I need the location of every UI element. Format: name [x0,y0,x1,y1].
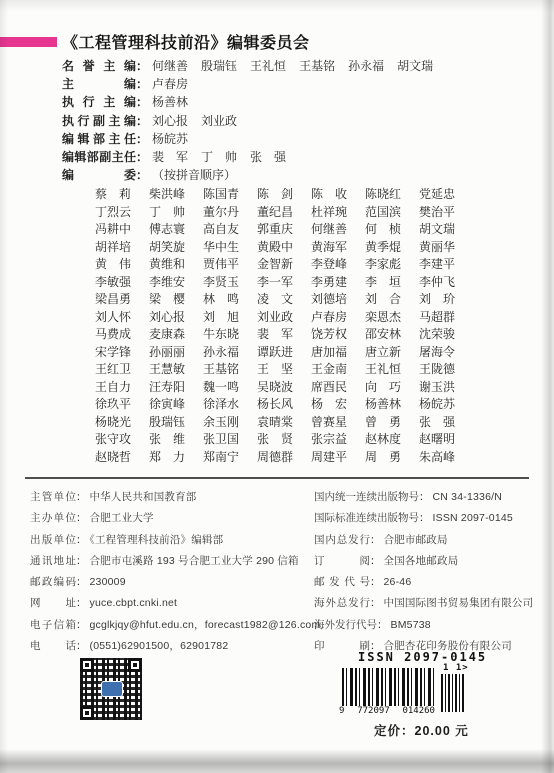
committee-member: 李贤玉 [203,274,257,292]
committee-member: 张 维 [149,431,203,449]
committee-member: 张守攻 [95,431,149,449]
committee-member: 李勇建 [311,274,365,292]
role-label: 编辑部副主任 [62,148,136,166]
role-colon: ： [136,77,148,91]
committee-member: 杨晓光 [95,414,149,432]
footer-label: 网址 [30,593,76,614]
committee-member: 马超群 [419,309,473,327]
person-name: 张 强 [250,148,286,166]
barcode-lead-digit: 9 [339,706,344,716]
role-colon: ： [136,150,148,164]
qr-finder-icon [128,658,142,672]
role-names: 刘心报刘业政 [152,112,237,130]
sort-order-note: （按拼音顺序） [152,166,236,184]
committee-member: 丁 帅 [149,204,203,222]
committee-member: 吴晓波 [257,379,311,397]
footer-value: 26-46 [384,576,412,588]
footer-label: 邮发代号 [314,572,370,593]
committee-member: 李维安 [149,274,203,292]
barcode-icon [342,668,434,706]
qr-finder-icon [80,658,94,672]
committee-member: 马费成 [95,326,149,344]
footer-colon: ： [377,619,388,631]
committee-member: 李 垣 [365,274,419,292]
role-names: 卢春房 [152,75,188,93]
role-row: 编辑部主任：杨皖苏 [62,130,433,148]
footer-row: 国际标准连续出版物号：ISSN 2097-0145 [314,508,533,529]
committee-member: 高自友 [203,221,257,239]
committee-member: 刘 玠 [419,291,473,309]
committee-member: 王慧敏 [149,361,203,379]
footer-row: 邮政编码：230009 [30,572,320,593]
committee-member: 屠海令 [419,344,473,362]
committee-member: 徐泽水 [203,396,257,414]
footer-row: 电话：(0551)62901500，62901782 [30,636,320,657]
committee-member: 冯耕中 [95,221,149,239]
page-title: 《工程管理科技前沿》编辑委员会 [62,30,310,53]
committee-member: 李一军 [257,274,311,292]
committee-member: 周 勇 [365,449,419,467]
committee-member: 王礼恒 [365,361,419,379]
committee-member: 贾伟平 [203,256,257,274]
role-label: 编委 [62,166,136,184]
committee-member: 孙永福 [203,344,257,362]
committee-member: 郑南宁 [203,449,257,467]
footer-colon: ： [76,640,87,652]
qr-center-logo [101,681,123,697]
person-name: 丁 帅 [201,148,237,166]
committee-member: 郑 力 [149,449,203,467]
footer-left: 主管单位：中华人民共和国教育部主办单位：合肥工业大学出版单位：《工程管理科技前沿… [30,487,320,657]
committee-member: 陈 收 [311,186,365,204]
footer-label: 出版单位 [30,530,76,551]
committee-member: 谭跃进 [257,344,311,362]
committee-member: 宋学锋 [95,344,149,362]
footer-value: 中华人民共和国教育部 [90,491,197,503]
committee-member: 黄季焜 [365,239,419,257]
committee-member: 刘 旭 [203,309,257,327]
role-colon: ： [136,95,148,109]
person-name: 胡文瑞 [397,57,433,75]
committee-member: 刘 合 [365,291,419,309]
committee-member: 牛东晓 [203,326,257,344]
committee-member: 李登峰 [311,256,365,274]
barcode-group2: 014260 [402,706,435,716]
role-row: 执行主编：杨善林 [62,93,433,111]
footer-colon: ： [370,555,381,567]
committee-member: 王金南 [311,361,365,379]
committee-member: 党延忠 [419,186,473,204]
committee-member: 徐寅峰 [149,396,203,414]
committee-member: 周建平 [311,449,365,467]
committee-member: 饶芳权 [311,326,365,344]
committee-member: 范国滨 [365,204,419,222]
footer-label: 主管单位 [30,487,76,508]
role-names: 裴 军丁 帅张 强 [152,148,286,166]
footer-value: (0551)62901500，62901782 [90,640,229,652]
footer-colon: ： [419,512,430,524]
committee-member: 谢玉洪 [419,379,473,397]
committee-member: 王 坚 [257,361,311,379]
committee-member: 朱高峰 [419,449,473,467]
title-accent-bar [0,37,57,47]
committee-member: 曾 勇 [365,414,419,432]
committee-member: 卢春房 [311,309,365,327]
committee-member: 徐玖平 [95,396,149,414]
committee-member: 汪寿阳 [149,379,203,397]
footer-colon: ： [76,597,87,609]
footer-label: 国内总发行 [314,530,370,551]
committee-member: 唐加福 [311,344,365,362]
footer-colon: ： [370,576,381,588]
role-label: 执行主编 [62,93,136,111]
scan-shadow-bottom [0,749,554,773]
person-name: 王礼恒 [250,57,286,75]
committee-member: 麦康森 [149,326,203,344]
footer-label: 电子信箱 [30,615,76,636]
committee-member: 向 巧 [365,379,419,397]
committee-member: 董尔丹 [203,204,257,222]
qr-finder-icon [80,706,94,720]
role-colon: ： [136,114,148,128]
committee-member: 唐立新 [365,344,419,362]
footer-value: 合肥工业大学 [90,512,154,524]
committee-member: 郭重庆 [257,221,311,239]
committee-member: 张 贤 [257,431,311,449]
committee-member: 曾赛星 [311,414,365,432]
footer-value: CN 34-1336/N [433,491,503,503]
committee-member: 傅志寰 [149,221,203,239]
committee-member: 杜祥琬 [311,204,365,222]
footer-colon: ： [419,491,430,503]
footer-colon: ： [76,555,87,567]
committee-member: 栾恩杰 [365,309,419,327]
committee-member: 陈 剑 [257,186,311,204]
committee-member: 席酉民 [311,379,365,397]
footer-label: 电话 [30,636,76,657]
footer-colon: ： [76,534,87,546]
footer-label: 国际标准连续出版物号 [314,508,419,529]
footer-value: yuce.cbpt.cnki.net [90,597,178,609]
footer-colon: ： [76,491,87,503]
role-label: 执行副主编 [62,112,136,130]
footer-right: 国内统一连续出版物号：CN 34-1336/N国际标准连续出版物号：ISSN 2… [314,487,533,657]
committee-member: 柴洪峰 [149,186,203,204]
committee-member: 裴 军 [257,326,311,344]
committee-member: 胡祥培 [95,239,149,257]
footer-label: 海外发行代号 [314,615,377,636]
footer-row: 出版单位：《工程管理科技前沿》编辑部 [30,530,320,551]
role-colon: ： [136,132,148,146]
person-name: 何继善 [152,57,188,75]
footer-row: 主管单位：中华人民共和国教育部 [30,487,320,508]
committee-member: 凌 文 [257,291,311,309]
committee-member: 邵安林 [365,326,419,344]
footer-row: 通讯地址：合肥市屯溪路 193 号合肥工业大学 290 信箱 [30,551,320,572]
role-label: 主编 [62,75,136,93]
person-name: 杨皖苏 [152,130,188,148]
roles-list: 名誉主编：何继善殷瑞钰王礼恒王基铭孙永福胡文瑞主编：卢春房执行主编：杨善林执行副… [62,57,433,184]
price-label: 定价：20.00 元 [374,721,469,739]
footer-colon: ： [76,512,87,524]
role-row: 执行副主编：刘心报刘业政 [62,112,433,130]
footer-row: 海外发行代号：BM5738 [314,615,533,636]
scan-shadow-top [0,0,554,12]
footer-value: ISSN 2097-0145 [433,512,513,524]
person-name: 殷瑞钰 [201,57,237,75]
committee-member: 余玉刚 [203,414,257,432]
footer-row: 主办单位：合肥工业大学 [30,508,320,529]
footer-row: 网址：yuce.cbpt.cnki.net [30,593,320,614]
committee-member: 赵林度 [365,431,419,449]
committee-member: 黄殿中 [257,239,311,257]
role-names: 何继善殷瑞钰王礼恒王基铭孙永福胡文瑞 [152,57,433,75]
committee-member: 黄 伟 [95,256,149,274]
committee-member: 周德群 [257,449,311,467]
committee-member: 樊治平 [419,204,473,222]
committee-member: 刘德培 [311,291,365,309]
footer-label: 邮政编码 [30,572,76,593]
footer-row: 电子信箱：gcglkjqy@hfut.edu.cn，forecast1982@1… [30,615,320,636]
role-row: 编辑部副主任：裴 军丁 帅张 强 [62,148,433,166]
committee-member: 王红卫 [95,361,149,379]
person-name: 王基铭 [299,57,335,75]
committee-member: 梁 樱 [149,291,203,309]
footer-label: 订阅 [314,551,370,572]
committee-member: 王自力 [95,379,149,397]
committee-member: 王基铭 [203,361,257,379]
committee-member: 杨长风 [257,396,311,414]
committee-member: 黄维和 [149,256,203,274]
committee-member: 林 鸣 [203,291,257,309]
committee-member: 李仲飞 [419,274,473,292]
person-name: 孙永福 [348,57,384,75]
committee-member: 杨善林 [365,396,419,414]
role-row: 主编：卢春房 [62,75,433,93]
footer-row: 国内统一连续出版物号：CN 34-1336/N [314,487,533,508]
committee-member: 王陇德 [419,361,473,379]
barcode-digits: 9 772097 014260 [339,706,435,716]
committee-member: 蔡 莉 [95,186,149,204]
footer-label: 国内统一连续出版物号 [314,487,419,508]
footer-value: 合肥市屯溪路 193 号合肥工业大学 290 信箱 [90,555,299,567]
footer-value: 《工程管理科技前沿》编辑部 [90,534,224,546]
committee-member: 胡笑旋 [149,239,203,257]
person-name: 刘心报 [152,112,188,130]
committee-member: 李建平 [419,256,473,274]
footer-value: 全国各地邮政局 [384,555,459,567]
role-colon: ： [136,168,148,182]
committee-member: 丁烈云 [95,204,149,222]
scan-shadow-left [0,0,8,773]
footer-value: 中国国际图书贸易集团有限公司 [384,597,534,609]
barcode-addon-icon [441,674,465,712]
role-names: 杨皖苏 [152,130,188,148]
committee-member: 梁昌勇 [95,291,149,309]
committee-member: 何 桢 [365,221,419,239]
committee-member: 李敏强 [95,274,149,292]
committee-member: 魏一鸣 [203,379,257,397]
footer-label: 通讯地址 [30,551,76,572]
committee-member: 董纪昌 [257,204,311,222]
person-name: 杨善林 [152,93,188,111]
committee-member: 张 强 [419,414,473,432]
committee-grid: 蔡 莉柴洪峰陈国青陈 剑陈 收陈晓红党延忠丁烈云丁 帅董尔丹董纪昌杜祥琬范国滨樊… [95,186,473,466]
footer-row: 海外总发行：中国国际图书贸易集团有限公司 [314,593,533,614]
committee-member: 张卫国 [203,431,257,449]
footer-colon: ： [76,619,87,631]
barcode-addon-text: 1 1> [443,663,469,673]
person-name: 卢春房 [152,75,188,93]
role-label: 名誉主编 [62,57,136,75]
footer-row: 邮发代号：26-46 [314,572,533,593]
committee-member: 胡文瑞 [419,221,473,239]
committee-member: 金智新 [257,256,311,274]
committee-member: 刘业政 [257,309,311,327]
committee-member: 陈晓红 [365,186,419,204]
committee-member: 沈荣骏 [419,326,473,344]
footer-label: 海外总发行 [314,593,370,614]
footer-colon: ： [370,597,381,609]
committee-member: 赵晓哲 [95,449,149,467]
role-colon: ： [136,59,148,73]
committee-member: 袁晴棠 [257,414,311,432]
qr-code [80,658,142,720]
barcode-group1: 772097 [357,706,390,716]
committee-member: 刘心报 [149,309,203,327]
footer-value: gcglkjqy@hfut.edu.cn，forecast1982@126.co… [90,619,321,631]
issn-number: ISSN 2097-0145 [358,650,487,664]
committee-member: 何继善 [311,221,365,239]
footer-divider [25,477,529,479]
role-row: 名誉主编：何继善殷瑞钰王礼恒王基铭孙永福胡文瑞 [62,57,433,75]
committee-member: 殷瑞钰 [149,414,203,432]
footer-row: 国内总发行：合肥市邮政局 [314,530,533,551]
committee-member: 李家彪 [365,256,419,274]
person-name: 刘业政 [201,112,237,130]
footer-value: BM5738 [391,619,431,631]
footer-row: 订阅：全国各地邮政局 [314,551,533,572]
committee-member: 张宗益 [311,431,365,449]
committee-member: 黄海军 [311,239,365,257]
committee-member: 华中生 [203,239,257,257]
footer-value: 合肥市邮政局 [384,534,448,546]
role-names: （按拼音顺序） [152,166,236,184]
role-names: 杨善林 [152,93,188,111]
role-row: 编委：（按拼音顺序） [62,166,433,184]
scan-shadow-right [541,0,554,773]
committee-member: 杨皖苏 [419,396,473,414]
footer-colon: ： [370,534,381,546]
footer-colon: ： [76,576,87,588]
person-name: 裴 军 [152,148,188,166]
committee-member: 赵曙明 [419,431,473,449]
footer-value: 230009 [90,576,126,588]
role-label: 编辑部主任 [62,130,136,148]
committee-member: 刘人怀 [95,309,149,327]
committee-member: 杨 宏 [311,396,365,414]
footer-label: 主办单位 [30,508,76,529]
committee-member: 陈国青 [203,186,257,204]
committee-member: 孙丽丽 [149,344,203,362]
journal-colophon-page: 《工程管理科技前沿》编辑委员会 名誉主编：何继善殷瑞钰王礼恒王基铭孙永福胡文瑞主… [0,0,554,773]
committee-member: 黄丽华 [419,239,473,257]
